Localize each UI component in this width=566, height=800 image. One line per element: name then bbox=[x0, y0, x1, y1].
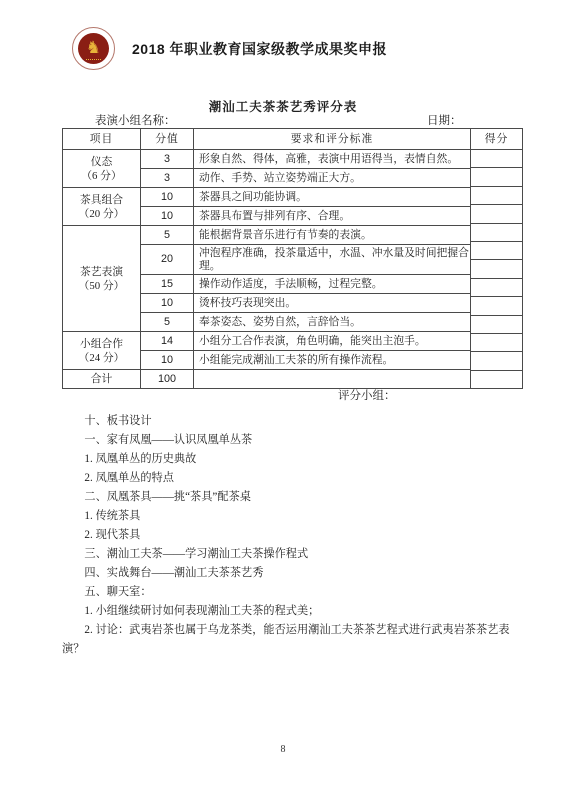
score-cell bbox=[471, 186, 522, 204]
page-number: 8 bbox=[0, 744, 566, 755]
item-cell: 小组合作 （24 分） bbox=[63, 332, 141, 370]
points-cell: 5 bbox=[141, 313, 194, 332]
score-column bbox=[471, 150, 523, 389]
scoresheet-subline: 表演小组名称： 日期： bbox=[0, 112, 566, 128]
criteria-cell: 能根据背景音乐进行有节奏的表演。 bbox=[194, 226, 471, 245]
date-label: 日期： bbox=[427, 112, 462, 128]
criteria-cell: 茶器具之间功能协调。 bbox=[194, 188, 471, 207]
item-cell: 茶艺表演 （50 分） bbox=[63, 226, 141, 332]
outline-line: 2. 现代茶具 bbox=[62, 526, 522, 545]
table-row: 茶具组合 （20 分） 10 茶器具之间功能协调。 bbox=[63, 188, 523, 207]
horse-emblem-icon: ♞ bbox=[78, 33, 109, 64]
outline-line: 三、潮汕工夫茶——学习潮汕工夫茶操作程式 bbox=[62, 545, 522, 564]
score-cell bbox=[471, 351, 522, 369]
table-row: 小组合作 （24 分） 14 小组分工合作表演，角色明确，能突出主泡手。 bbox=[63, 332, 523, 351]
criteria-cell bbox=[194, 370, 471, 389]
score-cell bbox=[471, 259, 522, 277]
score-cell bbox=[471, 370, 522, 388]
outline-line: 一、家有凤凰——认识凤凰单丛茶 bbox=[62, 431, 522, 450]
score-cell bbox=[471, 278, 522, 296]
points-cell: 5 bbox=[141, 226, 194, 245]
table-row-total: 合计 100 bbox=[63, 370, 523, 389]
points-cell: 3 bbox=[141, 169, 194, 188]
score-cell bbox=[471, 315, 522, 333]
criteria-cell: 茶器具布置与排列有序、合理。 bbox=[194, 207, 471, 226]
score-cell bbox=[471, 167, 522, 185]
points-cell: 10 bbox=[141, 207, 194, 226]
criteria-cell: 操作动作适度，手法顺畅，过程完整。 bbox=[194, 275, 471, 294]
score-cells bbox=[471, 150, 522, 388]
document-page: ♞ 2018 年职业教育国家级教学成果奖申报 潮汕工夫茶茶艺秀评分表 表演小组名… bbox=[0, 0, 566, 800]
school-seal-logo: ♞ bbox=[72, 27, 115, 70]
score-cell bbox=[471, 223, 522, 241]
score-cell bbox=[471, 204, 522, 222]
page-header: ♞ 2018 年职业教育国家级教学成果奖申报 bbox=[72, 27, 387, 70]
points-cell: 3 bbox=[141, 150, 194, 169]
col-header-points: 分值 bbox=[141, 129, 194, 150]
col-header-item: 项目 bbox=[63, 129, 141, 150]
points-cell: 10 bbox=[141, 351, 194, 370]
score-cell bbox=[471, 241, 522, 259]
points-cell: 10 bbox=[141, 294, 194, 313]
total-label-cell: 合计 bbox=[63, 370, 141, 389]
points-cell: 14 bbox=[141, 332, 194, 351]
criteria-cell: 动作、手势、站立姿势端正大方。 bbox=[194, 169, 471, 188]
table-header-row: 项目 分值 要求和评分标准 得分 bbox=[63, 129, 523, 150]
item-cell: 仪态 （6 分） bbox=[63, 150, 141, 188]
criteria-cell: 小组能完成潮汕工夫茶的所有操作流程。 bbox=[194, 351, 471, 370]
points-cell: 15 bbox=[141, 275, 194, 294]
header-title: 2018 年职业教育国家级教学成果奖申报 bbox=[132, 39, 387, 59]
criteria-cell: 烫杯技巧表现突出。 bbox=[194, 294, 471, 313]
score-cell bbox=[471, 333, 522, 351]
points-cell: 10 bbox=[141, 188, 194, 207]
outline-line: 1. 凤凰单丛的历史典故 bbox=[62, 450, 522, 469]
total-points-cell: 100 bbox=[141, 370, 194, 389]
criteria-cell: 形象自然、得体，高雅，表演中用语得当，表情自然。 bbox=[194, 150, 471, 169]
criteria-cell: 冲泡程序准确，投茶量适中，水温、冲水量及时间把握合理。 bbox=[194, 245, 471, 275]
grader-label: 评分小组： bbox=[338, 387, 396, 403]
item-cell: 茶具组合 （20 分） bbox=[63, 188, 141, 226]
outline-line: 二、凤凰茶具——挑“茶具”配茶桌 bbox=[62, 488, 522, 507]
points-cell: 20 bbox=[141, 245, 194, 275]
outline-line: 2. 讨论：武夷岩茶也属于乌龙茶类，能否运用潮汕工夫茶茶艺程式进行武夷岩茶茶艺表… bbox=[62, 621, 522, 659]
col-header-criteria: 要求和评分标准 bbox=[194, 129, 471, 150]
criteria-cell: 小组分工合作表演，角色明确，能突出主泡手。 bbox=[194, 332, 471, 351]
scoring-table: 项目 分值 要求和评分标准 得分 仪态 （6 分） 3 形象自然、得体，高雅，表… bbox=[62, 128, 523, 389]
outline-line: 2. 凤凰单丛的特点 bbox=[62, 469, 522, 488]
outline-line: 四、实战舞台——潮汕工夫茶茶艺秀 bbox=[62, 564, 522, 583]
lesson-outline: 十、板书设计 一、家有凤凰——认识凤凰单丛茶 1. 凤凰单丛的历史典故 2. 凤… bbox=[62, 412, 522, 659]
outline-line: 十、板书设计 bbox=[62, 412, 522, 431]
score-cell bbox=[471, 296, 522, 314]
criteria-cell: 奉茶姿态、姿势自然，言辞恰当。 bbox=[194, 313, 471, 332]
table-row: 仪态 （6 分） 3 形象自然、得体，高雅，表演中用语得当，表情自然。 bbox=[63, 150, 523, 169]
table-row: 茶艺表演 （50 分） 5 能根据背景音乐进行有节奏的表演。 bbox=[63, 226, 523, 245]
outline-line: 1. 传统茶具 bbox=[62, 507, 522, 526]
score-cell bbox=[471, 150, 522, 167]
col-header-score: 得分 bbox=[471, 129, 523, 150]
outline-line: 五、聊天室： bbox=[62, 583, 522, 602]
outline-line: 1. 小组继续研讨如何表现潮汕工夫茶的程式美； bbox=[62, 602, 522, 621]
group-name-label: 表演小组名称： bbox=[95, 112, 176, 128]
